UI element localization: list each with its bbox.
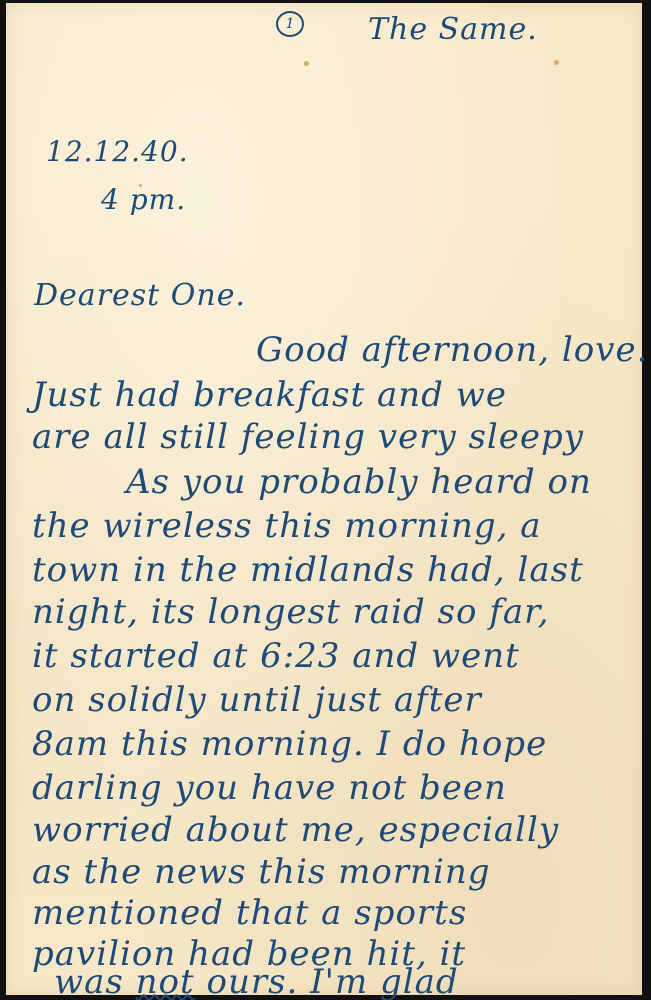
paper-stain [304,61,309,66]
body-line: the wireless this morning, a [32,509,542,543]
body-line: on solidly until just after [32,683,482,717]
letter-page: 1 The Same. 12.12.40. 4 pm. Dearest One.… [6,3,642,995]
body-line: worried about me, especially [32,813,559,847]
body-line: are all still feeling very sleepy [32,420,584,454]
body-line: night, its longest raid so far, [32,595,549,629]
body-line: Just had breakfast and we [32,378,507,412]
letter-greeting: Dearest One. [34,281,246,311]
body-line: As you probably heard on [126,465,592,499]
body-line-last: was not ours. I'm glad [54,965,459,999]
body-line: 8am this morning. I do hope [32,727,547,761]
body-line: mentioned that a sports [32,896,467,930]
paper-stain [554,60,559,65]
letter-time: 4 pm. [101,186,186,214]
page-number: 1 [276,11,304,37]
body-line: town in the midlands had, last [32,553,584,587]
body-line: darling you have not been [32,771,507,805]
body-line: as the news this morning [32,855,490,889]
letter-heading: The Same. [368,15,538,45]
last-line-prefix: was [54,962,136,1000]
body-line: Good afternoon, love. [256,333,648,367]
letter-date: 12.12.40. [46,138,189,166]
body-line: it started at 6:23 and went [32,639,520,673]
last-line-suffix: ours. I'm glad [195,962,459,1000]
emphasized-word: not [136,962,195,1000]
